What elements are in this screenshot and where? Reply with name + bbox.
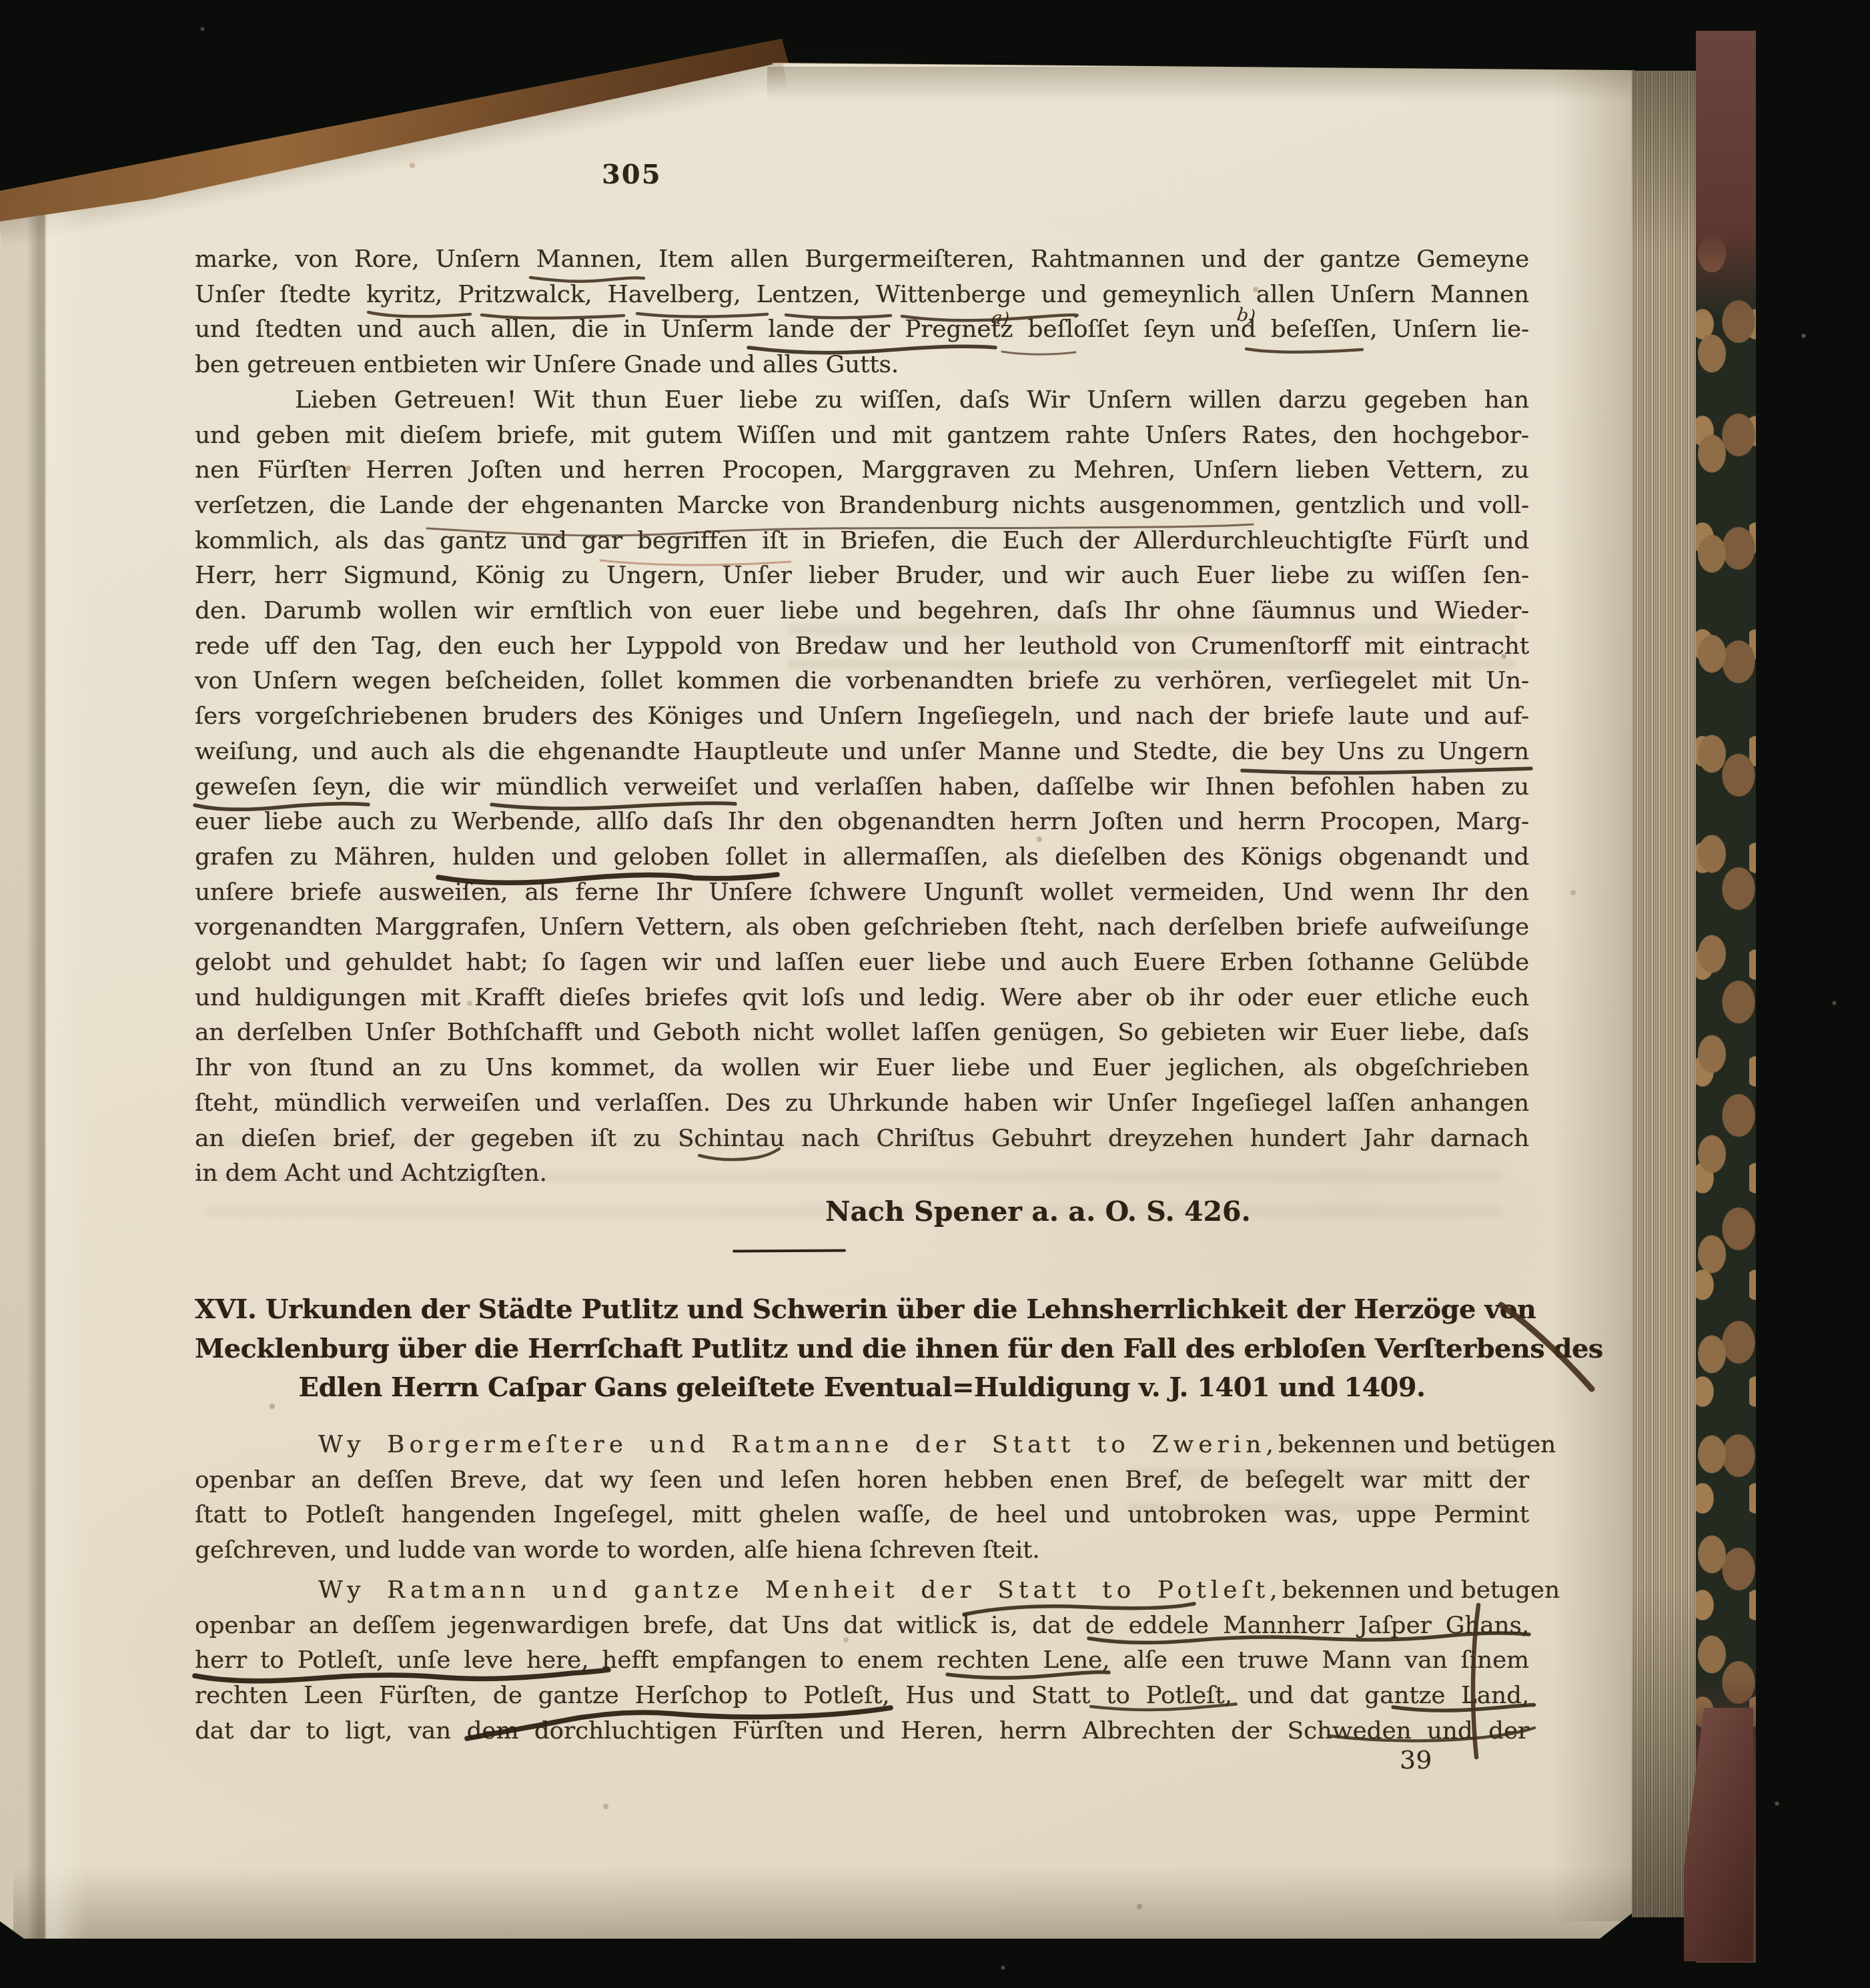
paragraph-lines: openbar an deſſem jegenwardigen brefe, d…	[195, 1608, 1529, 1749]
text-line: in dem Acht und Achtzigſten.	[195, 1156, 1529, 1191]
paragraph-letter: Lieben Getreuen! Wit thun Euer liebe zu …	[195, 383, 1529, 1191]
text-line: Wy Borgermeſtere und Ratmanne der Statt …	[195, 1428, 1529, 1463]
text-line: geweſen ſeyn, die wir mündlich verweiſet…	[195, 770, 1529, 805]
text-line: Wy Ratmann und gantze Menheit der Statt …	[195, 1573, 1529, 1608]
text-line: Mecklenburg über die Herrſchaft Putlitz …	[195, 1330, 1529, 1369]
text-line: unſere briefe ausweiſen, als ferne Ihr U…	[195, 875, 1529, 911]
text-line: geſchreven, und ludde van worde to worde…	[195, 1533, 1529, 1568]
text-line: gelobt und gehuldet habt; ſo ſagen wir u…	[195, 945, 1529, 981]
text-line: marke, von Rore, Unſern Mannen, Item all…	[195, 242, 1529, 278]
text-line: openbar an deſſen Breve, dat wy ſeen und…	[195, 1463, 1529, 1498]
text-line: nen Fürſten Herren Joſten und herren Pro…	[195, 453, 1529, 488]
text-line: von Unſern wegen beſcheiden, ſollet komm…	[195, 664, 1529, 699]
paragraph-lines: openbar an deſſen Breve, dat wy ſeen und…	[195, 1463, 1529, 1568]
text-line: und huldigungen mit Krafft dieſes briefe…	[195, 981, 1529, 1016]
text-line: kommlich, als das gantz und gar begriffe…	[195, 524, 1529, 559]
text-line: vorgenandten Marggrafen, Unſern Vettern,…	[195, 910, 1529, 945]
text-line: Edlen Herrn Caſpar Gans geleiſtete Event…	[195, 1368, 1529, 1408]
text-line: grafen zu Mähren, hulden und geloben ſol…	[195, 840, 1529, 875]
source-citation: Nach Spener a. a. O. S. 426.	[825, 1195, 1251, 1227]
paragraph-potlest: Wy Ratmann und gantze Menheit der Statt …	[195, 1573, 1529, 1749]
text-line: Lieben Getreuen! Wit thun Euer liebe zu …	[195, 383, 1529, 418]
text-line: ben getreuen entbieten wir Unſere Gnade …	[195, 348, 1529, 383]
text-line: ſtatt to Potleſt hangenden Ingeſegel, mi…	[195, 1498, 1529, 1533]
text-line: Ihr von ſtund an zu Uns kommet, da wolle…	[195, 1051, 1529, 1086]
page-number: 305	[602, 159, 662, 190]
marbled-cover-board	[1696, 31, 1756, 1963]
handwritten-mark-b: b)	[1236, 304, 1257, 328]
paragraph-continuation: marke, von Rore, Unſern Mannen, Item all…	[195, 242, 1529, 383]
text-line: rechten Leen Fürſten, de gantze Herſchop…	[195, 1678, 1529, 1714]
text-line: euer liebe auch zu Werbende, allſo daſs …	[195, 805, 1529, 840]
text-line: herr to Potleſt, unſe leve here, hefft e…	[195, 1643, 1529, 1678]
line-remainder: bekennen und betugen	[1282, 1573, 1560, 1608]
text-line: und ſtedten und auch allen, die in Unſer…	[195, 312, 1529, 348]
line-remainder: bekennen und betügen	[1278, 1428, 1556, 1463]
page-block-fore-edge	[1632, 71, 1697, 1917]
text-line: dat dar to ligt, van dem dorchluchtigen …	[195, 1714, 1529, 1749]
text-line: an dieſen brief, der gegeben iſt zu Schi…	[195, 1121, 1529, 1157]
handwritten-mark-a: a)	[990, 307, 1011, 330]
text-line: verſetzen, die Lande der ehgenanten Marc…	[195, 488, 1529, 524]
text-line: weiſung, und auch als die ehgenandte Hau…	[195, 734, 1529, 770]
body-text: marke, von Rore, Unſern Mannen, Item all…	[195, 242, 1529, 1191]
text-line: ſers vorgeſchriebenen bruders des Könige…	[195, 699, 1529, 734]
signature-mark: 39	[1400, 1745, 1432, 1775]
paragraph-schwerin: Wy Borgermeſtere und Ratmanne der Statt …	[195, 1428, 1529, 1568]
dust-flecks	[0, 0, 2, 2]
text-line: den. Darumb wollen wir ernſtlich von eue…	[195, 594, 1529, 629]
text-line: ſteht, mündlich verweiſen und verlaſſen.…	[195, 1086, 1529, 1121]
text-line: und geben mit dieſem briefe, mit gutem W…	[195, 418, 1529, 454]
text-line: Unſer ſtedte kyritz, Pritzwalck, Havelbe…	[195, 278, 1529, 313]
section-heading: XVI. Urkunden der Städte Putlitz und Sch…	[195, 1290, 1529, 1408]
text-line: Herr, herr Sigmund, König zu Ungern, Unſ…	[195, 558, 1529, 594]
letterspaced-opening: Wy Ratmann und gantze Menheit der Statt …	[318, 1573, 1282, 1608]
text-line: an derſelben Unſer Bothſchafft und Gebot…	[195, 1015, 1529, 1051]
text-line: XVI. Urkunden der Städte Putlitz und Sch…	[195, 1290, 1529, 1330]
letterspaced-opening: Wy Borgermeſtere und Ratmanne der Statt …	[318, 1428, 1278, 1463]
scanned-book-photo: 305 marke, von Rore, Unſern Mannen, Item…	[0, 0, 1870, 1988]
text-line: openbar an deſſem jegenwardigen brefe, d…	[195, 1608, 1529, 1644]
text-line: rede uff den Tag, den euch her Lyppold v…	[195, 629, 1529, 664]
